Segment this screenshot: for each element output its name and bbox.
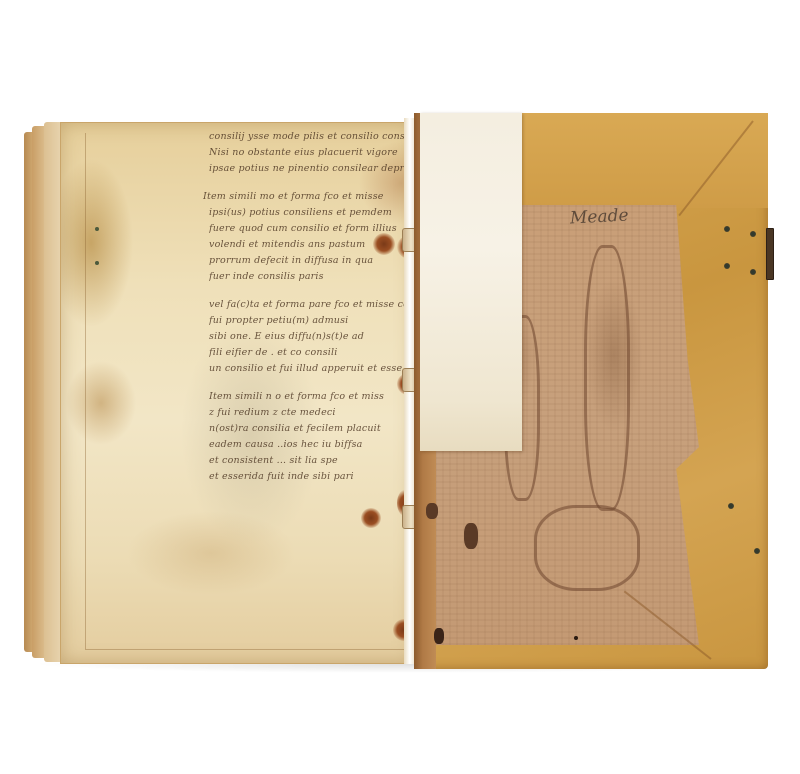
text-line: fuer inde consilis paris [209,269,409,285]
text-line: fui propter petiu(m) admusi [209,313,409,329]
pencil-annotation: Meade [570,205,630,228]
text-line: n(ost)ra consilia et fecilem placuit [209,421,409,437]
text-line: vel fa(c)ta et forma pare fco et misse c… [209,297,409,313]
text-line: fili eifier de . et co consili [209,345,409,361]
text-line: prorrum defecit in diffusa in qua [209,253,409,269]
nail-hole [750,231,756,237]
text-line: ipsae potius ne pinentio consilear depr [209,161,409,177]
worm-hole [426,503,438,519]
text-line: z fui redium z cte medeci [209,405,409,421]
worm-track [534,505,640,591]
worm-hole [434,628,444,644]
nail-hole [754,548,760,554]
text-line: et esserida fuit inde sibi pari [209,469,409,485]
text-line: Item simili n o et forma fco et miss [209,389,409,405]
left-page-block: consilij ysse mode pilis et consilio con… [24,122,412,670]
text-line: Nisi no obstante eius placuerit vigore [209,145,409,161]
rust-stain [361,508,381,528]
text-line: sibi one. E eius diffu(n)s(t)e ad [209,329,409,345]
text-line: ipsi(us) potius consiliens et pemdem [209,205,409,221]
text-line: et consistent ... sit lia spe [209,453,409,469]
nail-hole [724,263,730,269]
text-line: eadem causa ..ios hec iu biffsa [209,437,409,453]
nail-hole [724,226,730,232]
nail-hole [750,269,756,275]
nail-hole [728,503,734,509]
paper-label-slip [420,113,522,451]
text-line: un consilio et fui illud apperuit et ess… [209,361,409,377]
manuscript-photo: consilij ysse mode pilis et consilio con… [0,0,800,774]
manuscript-text: consilij ysse mode pilis et consilio con… [209,129,409,485]
clasp [766,228,774,280]
text-line: consilij ysse mode pilis et consilio con… [209,129,409,145]
mould-spot [95,261,99,265]
worm-hole [574,636,578,640]
worm-hole [464,523,478,549]
manuscript-leaf: consilij ysse mode pilis et consilio con… [60,122,414,664]
rust-stain [373,233,395,255]
worm-track [584,245,630,511]
mould-spot [95,227,99,231]
text-line: Item simili mo et forma fco et misse [203,189,409,205]
